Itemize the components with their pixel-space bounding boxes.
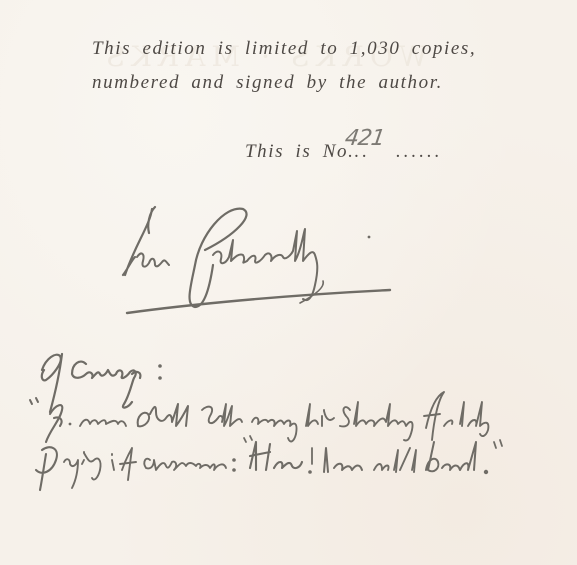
copy-number-label: This is No. [245,141,354,162]
limitation-statement-line-2: numbered and signed by the author. [92,72,443,94]
signature-icon [105,195,405,325]
book-page: WORKS · MARKS This edition is limited to… [0,0,577,565]
copy-number-dots-after: ...... [396,141,443,162]
author-signature: John Galsworthy [105,195,405,325]
limitation-statement-line-1: This edition is limited to 1,030 copies, [92,38,476,60]
handwritten-copy-number: 421 [343,126,386,151]
handwritten-inscription: Of Courage: “And when Death calls across… [20,330,560,530]
handwriting-icon [20,330,560,530]
